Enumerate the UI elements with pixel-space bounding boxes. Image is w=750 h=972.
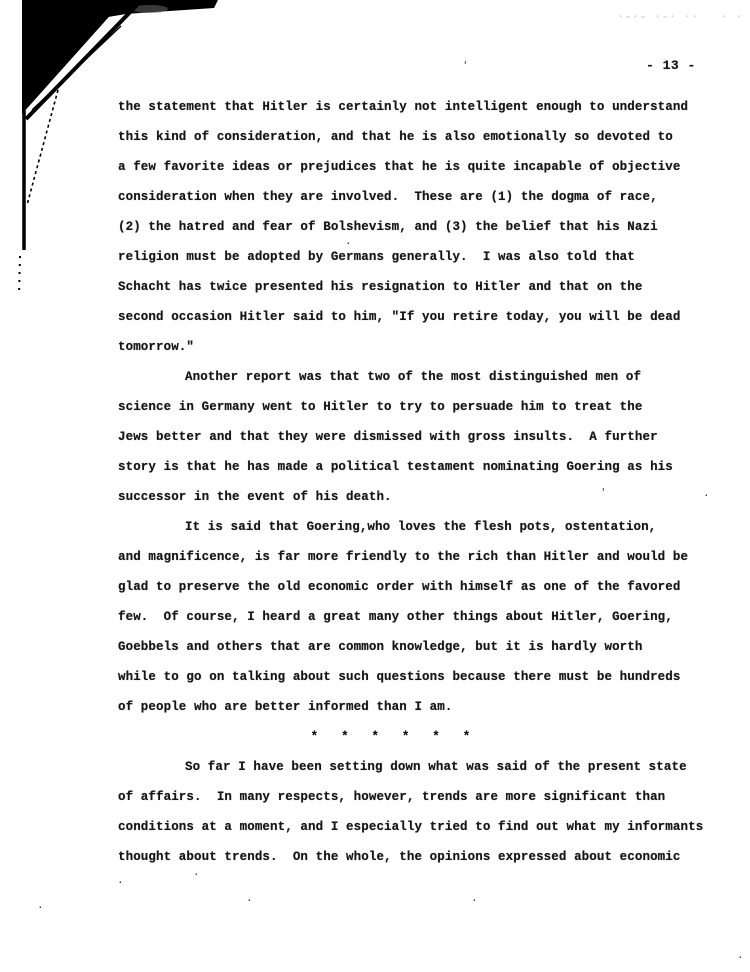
text-line: Goebbels and others that are common know… (118, 632, 718, 662)
text-line: Jews better and that they were dismissed… (118, 422, 718, 452)
text-line: second occasion Hitler said to him, "If … (118, 302, 718, 332)
scan-speck: · (37, 902, 44, 913)
text-line: glad to preserve the old economic order … (118, 572, 718, 602)
text-line: conditions at a moment, and I especially… (118, 812, 718, 842)
scan-speck: ' (600, 487, 607, 498)
text-line: (2) the hatred and fear of Bolshevism, a… (118, 212, 718, 242)
text-line: Another report was that two of the most … (118, 362, 718, 392)
text-line: religion must be adopted by Germans gene… (118, 242, 718, 272)
text-line: thought about trends. On the whole, the … (118, 842, 718, 872)
text-line: a few favorite ideas or prejudices that … (118, 152, 718, 182)
text-line: tomorrow." (118, 332, 718, 362)
text-line: and magnificence, is far more friendly t… (118, 542, 718, 572)
scan-speck: ' (375, 490, 382, 501)
page-number: - 13 - (646, 58, 696, 73)
text-line: So far I have been setting down what was… (118, 752, 718, 782)
scan-speck: ' (462, 60, 469, 71)
text-line: this kind of consideration, and that he … (118, 122, 718, 152)
document-body: the statement that Hitler is certainly n… (118, 92, 718, 872)
scanned-page: ·–·– ·–· ·· · · · ·· - 13 - the statemen… (0, 0, 750, 972)
text-line: consideration when they are involved. Th… (118, 182, 718, 212)
text-line: * * * * * * (118, 722, 718, 752)
text-line: the statement that Hitler is certainly n… (118, 92, 718, 122)
scan-speck: · (703, 490, 710, 501)
text-line: Schacht has twice presented his resignat… (118, 272, 718, 302)
text-line: while to go on talking about such questi… (118, 662, 718, 692)
scan-speck: · (246, 895, 253, 906)
scan-speck: · (193, 869, 200, 880)
scan-speck: · (117, 877, 124, 888)
text-line: It is said that Goering,who loves the fl… (118, 512, 718, 542)
text-line: of people who are better informed than I… (118, 692, 718, 722)
text-line: story is that he has made a political te… (118, 452, 718, 482)
text-line: successor in the event of his death. (118, 482, 718, 512)
scan-speck: · (471, 895, 478, 906)
scan-speck: · (737, 952, 744, 963)
faded-stamp-mark: ·–·– ·–· ·· · · · ·· (618, 12, 748, 22)
scan-speck: · (345, 238, 352, 249)
text-line: science in Germany went to Hitler to try… (118, 392, 718, 422)
text-line: of affairs. In many respects, however, t… (118, 782, 718, 812)
text-line: few. Of course, I heard a great many oth… (118, 602, 718, 632)
